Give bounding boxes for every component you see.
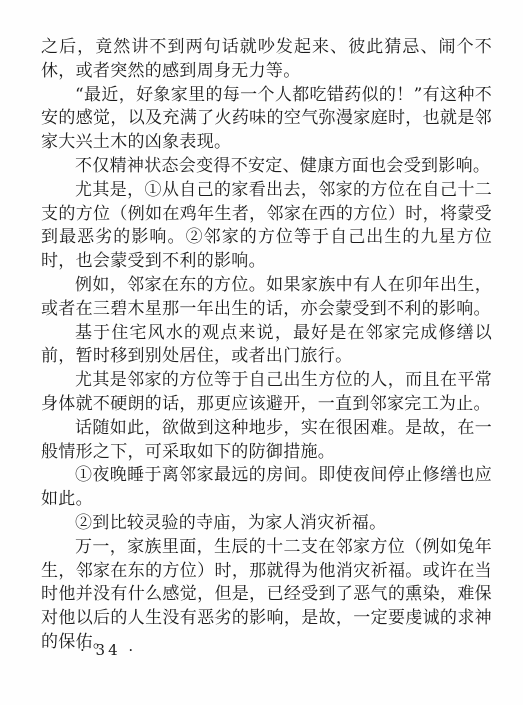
page-number: · 34 · (80, 641, 136, 659)
paragraph: 万一，家族里面，生辰的十二支在邻家方位（例如兔年生，邻家在东的方位）时，那就得为… (41, 536, 492, 655)
book-page: 之后，竟然讲不到两句话就吵发起来、彼此猜忌、闹个不休，或者突然的感到周身无力等。… (0, 0, 523, 705)
paragraph: “最近，好象家里的每一个人都吃错药似的！”有这种不安的感觉，以及充满了火药味的空… (41, 84, 492, 155)
body-text: 之后，竟然讲不到两句话就吵发起来、彼此猜忌、闹个不休，或者突然的感到周身无力等。… (41, 36, 492, 655)
paragraph: 话随如此，欲做到这种地步，实在很困难。是故，在一般情形之下，可采取如下的防御措施… (41, 417, 492, 465)
paragraph: 例如，邻家在东的方位。如果家族中有人在卯年出生，或者在三碧木星那一年出生的话，亦… (41, 274, 492, 322)
paragraph: 之后，竟然讲不到两句话就吵发起来、彼此猜忌、闹个不休，或者突然的感到周身无力等。 (41, 36, 492, 84)
paragraph: 不仅精神状态会变得不安定、健康方面也会受到影响。 (41, 155, 492, 179)
paragraph: ②到比较灵验的寺庙，为家人消灾祈福。 (41, 512, 492, 536)
paragraph: 尤其是，①从自己的家看出去，邻家的方位在自己十二支的方位（例如在鸡年生者，邻家在… (41, 179, 492, 274)
paragraph: ①夜晚睡于离邻家最远的房间。即使夜间停止修缮也应如此。 (41, 464, 492, 512)
paragraph: 尤其是邻家的方位等于自己出生方位的人，而且在平常身体就不硬朗的话，那更应该避开，… (41, 369, 492, 417)
paragraph: 基于住宅风水的观点来说，最好是在邻家完成修缮以前，暂时移到别处居住，或者出门旅行… (41, 322, 492, 370)
